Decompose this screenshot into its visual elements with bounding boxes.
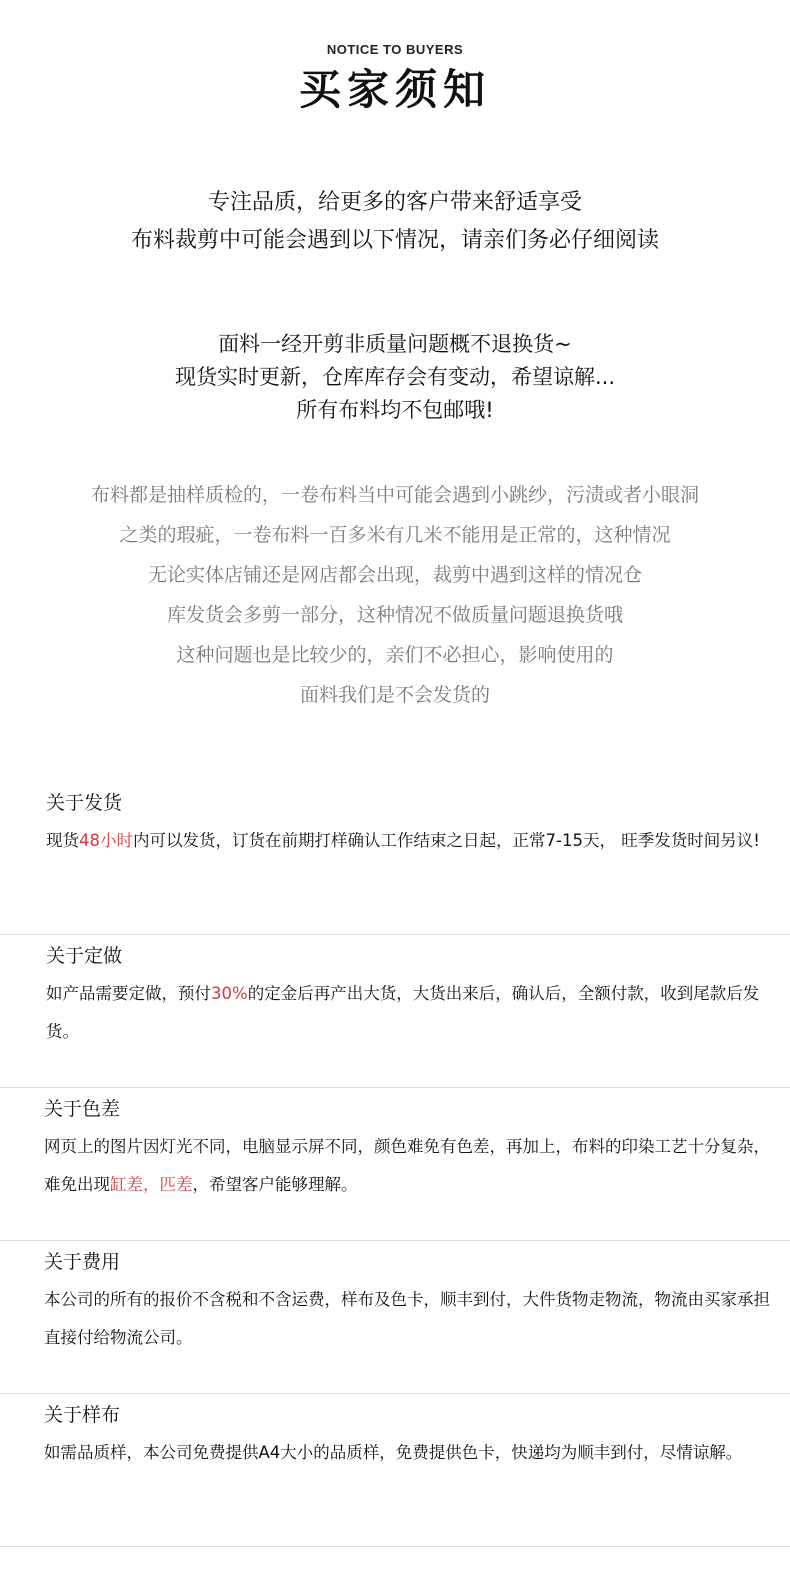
explanation-line: 无论实体店铺还是网店都会出现，裁剪中遇到这样的情况仓: [0, 555, 790, 595]
policy-line: 面料一经开剪非质量问题概不退换货~: [0, 328, 790, 361]
highlight-text: 30%: [211, 984, 248, 1003]
section-fees: 关于费用 本公司的所有的报价不含税和不含运费，样布及色卡，顺丰到付，大件货物走物…: [0, 1241, 790, 1394]
body-text: 内可以发货，订货在前期打样确认工作结束之日起，正常7-15天， 旺季发货时间另议…: [133, 831, 760, 850]
body-text: ，希望客户能够理解。: [193, 1175, 358, 1194]
defect-explanation-block: 布料都是抽样质检的，一卷布料当中可能会遇到小跳纱，污渍或者小眼洞 之类的瑕疵，一…: [0, 475, 790, 715]
explanation-line: 布料都是抽样质检的，一卷布料当中可能会遇到小跳纱，污渍或者小眼洞: [0, 475, 790, 515]
section-shipping: 关于发货 现货48小时内可以发货，订货在前期打样确认工作结束之日起，正常7-15…: [0, 782, 790, 935]
section-body: 如产品需要定做，预付30%的定金后再产出大货，大货出来后，确认后，全额付款，收到…: [46, 975, 772, 1051]
section-body: 如需品质样，本公司免费提供A4大小的品质样，免费提供色卡，快递均为顺丰到付，尽情…: [44, 1434, 772, 1472]
section-title: 关于费用: [44, 1247, 120, 1274]
explanation-line: 之类的瑕疵，一卷布料一百多米有几米不能用是正常的，这种情况: [0, 515, 790, 555]
explanation-line: 这种问题也是比较少的，亲们不必担心，影响使用的: [0, 635, 790, 675]
section-title: 关于色差: [44, 1094, 120, 1121]
explanation-line: 库发货会多剪一部分，这种情况不做质量问题退换货哦: [0, 595, 790, 635]
notice-sections: 关于发货 现货48小时内可以发货，订货在前期打样确认工作结束之日起，正常7-15…: [0, 782, 790, 1547]
section-custom-order: 关于定做 如产品需要定做，预付30%的定金后再产出大货，大货出来后，确认后，全额…: [0, 935, 790, 1088]
intro-line: 布料裁剪中可能会遇到以下情况，请亲们务必仔细阅读: [0, 222, 790, 260]
intro-block: 专注品质，给更多的客户带来舒适享受 布料裁剪中可能会遇到以下情况，请亲们务必仔细…: [0, 184, 790, 260]
explanation-line: 面料我们是不会发货的: [0, 675, 790, 715]
section-color-difference: 关于色差 网页上的图片因灯光不同，电脑显示屏不同，颜色难免有色差，再加上，布料的…: [0, 1088, 790, 1241]
body-text: 现货: [46, 831, 79, 850]
highlight-text: 缸差，匹差: [110, 1175, 193, 1194]
body-text: 如产品需要定做，预付: [46, 984, 211, 1003]
policy-line: 所有布料均不包邮哦!: [0, 394, 790, 427]
section-title: 关于发货: [46, 788, 122, 815]
body-text: 如需品质样，本公司免费提供A4大小的品质样，免费提供色卡，快递均为顺丰到付，尽情…: [44, 1443, 742, 1462]
section-title: 关于样布: [44, 1400, 120, 1427]
section-body: 网页上的图片因灯光不同，电脑显示屏不同，颜色难免有色差，再加上，布料的印染工艺十…: [44, 1128, 772, 1204]
section-title: 关于定做: [46, 941, 122, 968]
intro-line: 专注品质，给更多的客户带来舒适享受: [0, 184, 790, 222]
notice-title: 买家须知: [0, 64, 790, 116]
section-body: 本公司的所有的报价不含税和不含运费，样布及色卡，顺丰到付，大件货物走物流，物流由…: [44, 1281, 772, 1357]
section-body: 现货48小时内可以发货，订货在前期打样确认工作结束之日起，正常7-15天， 旺季…: [46, 822, 772, 860]
policy-line: 现货实时更新，仓库库存会有变动，希望谅解...: [0, 361, 790, 394]
highlight-text: 48小时: [79, 831, 133, 850]
return-policy-block: 面料一经开剪非质量问题概不退换货~ 现货实时更新，仓库库存会有变动，希望谅解..…: [0, 328, 790, 427]
section-samples: 关于样布 如需品质样，本公司免费提供A4大小的品质样，免费提供色卡，快递均为顺丰…: [0, 1394, 790, 1547]
notice-subtitle-en: NOTICE TO BUYERS: [0, 42, 790, 57]
body-text: 本公司的所有的报价不含税和不含运费，样布及色卡，顺丰到付，大件货物走物流，物流由…: [44, 1290, 770, 1347]
